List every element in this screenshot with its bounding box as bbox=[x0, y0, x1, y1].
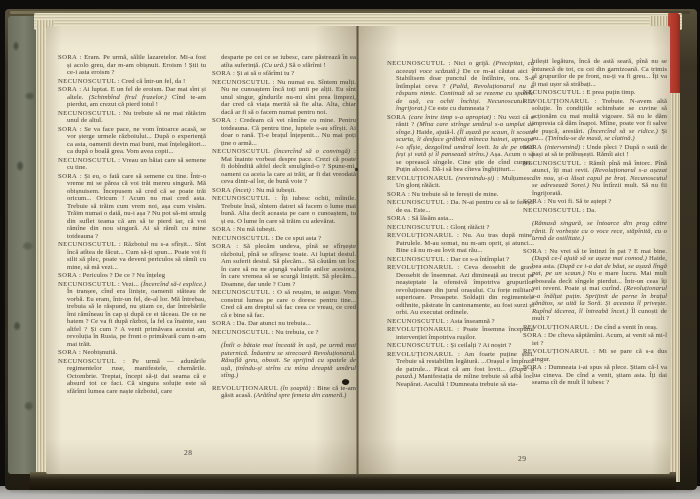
page-number-left: 28 bbox=[184, 448, 193, 457]
dialogue-text: : Și eu, o fată care să semene cu tine. … bbox=[67, 173, 206, 240]
dialogue-entry: SORA : Eram. Pe urmă, sălile lazaretelor… bbox=[58, 54, 206, 77]
dialogue-entry: NECUNOSCUTUL : Da. N-ai pentru ce să te … bbox=[387, 199, 534, 214]
speaker-name: SORA bbox=[212, 320, 231, 327]
dialogue-text: : Nu voi fi. Să te aștept ? bbox=[542, 198, 611, 205]
speaker-name: SORA bbox=[58, 126, 77, 133]
left-page-column-1: SORA : Eram. Pe urmă, sălile lazaretelor… bbox=[58, 54, 206, 456]
dialogue-entry: NECUNOSCUTUL : Asta înseamnă ? bbox=[387, 318, 534, 326]
speaker-name: SORA bbox=[387, 191, 406, 198]
speaker-name: NECUNOSCUTUL bbox=[212, 289, 270, 296]
dialogue-text: : Eram. Pe urmă, sălile lazaretelor. Mi-… bbox=[67, 54, 206, 76]
dialogue-entry: REVOLUȚIONARUL : Trebuie. N-avem altă so… bbox=[523, 98, 667, 143]
dialogue-entry: REVOLUȚIONARUL : De cînd a venit în oraș… bbox=[523, 324, 667, 332]
dialogue-entry: NECUNOSCUTUL : Și ceilalți ? Ai noștri ? bbox=[387, 342, 534, 350]
dialogue-text: : Ceva deosebit de grav. Deosebit de îns… bbox=[396, 264, 534, 316]
dialogue-text: : Credeam că vei rămîne cu mine. Pentru … bbox=[221, 117, 356, 147]
stage-note-text: (După ce-l ajută să se așeze mai comod.) bbox=[532, 255, 647, 262]
speaker-name: SORA bbox=[58, 349, 77, 356]
dialogue-entry: SORA : De cîteva săptămîni. Acum, ai ven… bbox=[523, 332, 667, 347]
speaker-name: NECUNOSCUTUL bbox=[387, 199, 445, 206]
speaker-name: SORA bbox=[58, 54, 77, 61]
right-page-column-1: NECUNOSCUTUL : Nici o grijă. (Precipitat… bbox=[387, 60, 534, 462]
stage-note-text: (revenindu-și) bbox=[453, 175, 494, 182]
speaker-name: SORA bbox=[212, 70, 231, 77]
dialogue-entry: REVOLUȚIONARUL : Mi se pare că s-a dus s… bbox=[523, 348, 667, 363]
speaker-name: NECUNOSCUTUL bbox=[387, 256, 445, 263]
speaker-name: NECUNOSCUTUL bbox=[58, 157, 116, 164]
dialogue-text: : Vezi... bbox=[116, 281, 141, 288]
dialogue-text: Haide, ajută-l. bbox=[414, 129, 457, 136]
dialogue-entry: NECUNOSCUTUL : Războiul nu s-a sfîrșit..… bbox=[58, 241, 206, 271]
dialogue-text: : De ce spui asta ? bbox=[270, 235, 321, 242]
dialogue-entry: REVOLUȚIONARUL (revenindu-și) : Mulțumes… bbox=[387, 175, 534, 190]
speaker-name: REVOLUȚIONARUL bbox=[387, 326, 453, 333]
dialogue-entry: SORA : Periculos ? De ce ? Nu înțeleg bbox=[58, 272, 206, 280]
dialogue-text: : E prea puțin timp. bbox=[581, 89, 636, 96]
speaker-name: REVOLUȚIONARUL bbox=[523, 98, 589, 105]
speaker-name: NECUNOSCUTUL bbox=[58, 358, 116, 365]
dialogue-text: bilești legătura, încă de astă seară, pî… bbox=[532, 58, 667, 88]
speaker-name: NECUNOSCUTUL bbox=[387, 342, 445, 349]
stage-note-text: (încet) bbox=[231, 187, 251, 194]
dialogue-entry: SORA : Dumneata i-ai spus să plece. Știa… bbox=[523, 364, 667, 387]
stage-direction: (Întîi o bătaie mai înceată în ușă, pe u… bbox=[212, 342, 356, 380]
dialogue-entry: NECUNOSCUTUL : Vezi... (Încercînd să-i e… bbox=[58, 281, 206, 349]
stage-note-text: (intervenind) bbox=[542, 144, 580, 151]
dialogue-text: : Glonț rătăcit ? bbox=[445, 224, 489, 231]
speaker-name: NECUNOSCUTUL bbox=[523, 89, 581, 96]
dialogue-text: : Nu trebuia, ce ? bbox=[270, 329, 318, 336]
dialogue-entry: NECUNOSCUTUL : Nu numai eu. Sîntem mulți… bbox=[212, 79, 356, 117]
page-number-right: 29 bbox=[518, 454, 527, 463]
speaker-name: REVOLUȚIONARUL bbox=[387, 351, 453, 358]
left-page-column-2: desparte pe cei ce se iubesc, care păstr… bbox=[212, 54, 356, 470]
dialogue-entry: SORA : Nu voi fi. Să te aștept ? bbox=[523, 198, 667, 206]
dialogue-entry: SORA : Neobișnuită. bbox=[58, 349, 206, 357]
dialogue-entry: REVOLUȚIONARUL : Am foarte puține știri.… bbox=[387, 351, 534, 389]
dialogue-entry: SORA : Și eu, o fată care să semene cu t… bbox=[58, 173, 206, 241]
dialogue-entry: REVOLUȚIONARUL (în șoaptă) : Bine că te-… bbox=[212, 385, 356, 400]
dialogue-text: : Dumneata i-ai spus să plece. Știam că-… bbox=[532, 364, 667, 386]
dialogue-entry: NECUNOSCUTUL : Îți iubesc ochii, mîinile… bbox=[212, 195, 356, 225]
dialogue-text: : Nu mă iubești. bbox=[231, 226, 276, 233]
speaker-name: NECUNOSCUTUL bbox=[212, 148, 270, 155]
stage-note-text: (Arătînd spre femeia din cameră.) bbox=[254, 392, 347, 399]
dialogue-text: : Nici o grijă. bbox=[445, 60, 493, 67]
speaker-name: SORA bbox=[212, 243, 231, 250]
dialogue-entry: NECUNOSCUTUL : E prea puțin timp. bbox=[523, 89, 667, 97]
speaker-name: NECUNOSCUTUL bbox=[58, 241, 116, 248]
speaker-name: NECUNOSCUTUL bbox=[212, 195, 270, 202]
dialogue-text: Ce este cu dumneata ? bbox=[427, 105, 490, 112]
speaker-name: REVOLUȚIONARUL bbox=[387, 264, 453, 271]
speaker-name: NECUNOSCUTUL bbox=[523, 207, 581, 214]
dialogue-entry: REVOLUȚIONARUL : Nu. Au tras după mine. … bbox=[387, 232, 534, 255]
dialogue-entry: SORA (încet) : Nu mă iubești. bbox=[212, 187, 356, 195]
dialogue-text: : Și ceilalți ? Ai noștri ? bbox=[445, 342, 511, 349]
dialogue-entry: NECUNOSCUTUL : De ce spui asta ? bbox=[212, 235, 356, 243]
speaker-name: SORA bbox=[387, 114, 406, 121]
right-page-column-2: bilești legătura, încă de astă seară, pî… bbox=[523, 58, 667, 460]
speaker-name: REVOLUȚIONARUL bbox=[523, 324, 589, 331]
dialogue-entry: NECUNOSCUTUL : Nici o grijă. (Precipitat… bbox=[387, 60, 534, 113]
speaker-name: SORA bbox=[523, 144, 542, 151]
speaker-name: REVOLUȚIONARUL bbox=[387, 232, 453, 239]
speaker-name: SORA bbox=[58, 272, 77, 279]
dialogue-entry: NECUNOSCUTUL : O să reușim, te asigur. V… bbox=[212, 289, 356, 319]
dialogue-entry: NECUNOSCUTUL : Dar ce s-a întîmplat ? bbox=[387, 256, 534, 264]
dialogue-text: : Neobișnuită. bbox=[77, 349, 117, 356]
dialogue-entry: SORA : Și ai să o sfărîmi tu ? bbox=[212, 70, 356, 78]
dialogue-entry: SORA : Se va face pace, ne vom întoarce … bbox=[58, 126, 206, 156]
dialogue-text: : Și ai să o sfărîmi tu ? bbox=[231, 70, 294, 77]
dialogue-text: Să o sfărîmi ! bbox=[287, 62, 326, 69]
stage-note-text: (care între timp s-a apropiat) bbox=[406, 114, 491, 121]
speaker-name: REVOLUȚIONARUL bbox=[523, 348, 589, 355]
speaker-name: NECUNOSCUTUL bbox=[212, 235, 270, 242]
speaker-name: NECUNOSCUTUL bbox=[387, 224, 445, 231]
dialogue-entry: SORA : Da. Dar atunci nu trebuia... bbox=[212, 320, 356, 328]
stage-note-text: (în șoaptă) bbox=[278, 385, 311, 392]
dialogue-entry: NECUNOSCUTUL : Vreau un băiat care să se… bbox=[58, 157, 206, 172]
speaker-name: NECUNOSCUTUL bbox=[212, 329, 270, 336]
dialogue-entry: SORA : Nu mă iubești. bbox=[212, 226, 356, 234]
dialogue-text: : Nu vrei să te întinzi în pat ? E mai b… bbox=[542, 248, 667, 255]
dialogue-text: În tranșee, cînd era liniște, oamenii st… bbox=[67, 288, 206, 348]
dialogue-text: : Da. Dar atunci nu trebuia... bbox=[231, 320, 311, 327]
dialogue-entry: NECUNOSCUTUL : Nu trebuie să ne mai rătă… bbox=[58, 110, 206, 125]
dialogue-text: : Să plecăm undeva, pînă se sfîrșește ră… bbox=[221, 243, 356, 288]
speaker-name: SORA bbox=[523, 364, 542, 371]
dialogue-entry: SORA : Nu trebuie să te ferești de mine. bbox=[387, 191, 534, 199]
dialogue-text: Manifestația de mîine trebuie să aibă lo… bbox=[396, 373, 534, 388]
dialogue-entry: NECUNOSCUTUL : Glonț rătăcit ? bbox=[387, 224, 534, 232]
dialogue-entry: NECUNOSCUTUL : Cred că într-un fel, da ! bbox=[58, 78, 206, 86]
dialogue-text: : Nu trebuie să te ferești de mine. bbox=[406, 191, 498, 198]
dialogue-entry: SORA : Ai luptat. E un fel de eroism. Da… bbox=[58, 86, 206, 109]
dialogue-entry: REVOLUȚIONARUL : Ceva deosebit de grav. … bbox=[387, 264, 534, 317]
dialogue-entry: SORA : Să plecăm undeva, pînă se sfîrșeș… bbox=[212, 243, 356, 288]
dialogue-entry: NECUNOSCUTUL : Pe urmă — adunările regim… bbox=[58, 358, 206, 396]
dialogue-text: : Asta înseamnă ? bbox=[445, 318, 495, 325]
stage-note-text: (Cu ură.) bbox=[262, 62, 287, 69]
dialogue-text: : Periculos ? De ce ? Nu înțeleg bbox=[77, 272, 165, 279]
speaker-name: SORA bbox=[523, 198, 542, 205]
speaker-name: REVOLUȚIONARUL bbox=[212, 385, 278, 392]
speaker-name: REVOLUȚIONARUL bbox=[387, 175, 453, 182]
dialogue-entry: SORA (intervenind) : Unde pleci ? După o… bbox=[523, 144, 667, 159]
speaker-name: NECUNOSCUTUL bbox=[58, 110, 116, 117]
dialogue-entry: SORA (care între timp s-a apropiat) : Nu… bbox=[387, 114, 534, 174]
speaker-name: SORA bbox=[58, 173, 77, 180]
speaker-name: NECUNOSCUTUL bbox=[58, 281, 116, 288]
speaker-name: NECUNOSCUTUL bbox=[58, 78, 116, 85]
stage-note-text: (Încercînd să-i explice.) bbox=[141, 281, 206, 288]
speaker-name: NECUNOSCUTUL bbox=[387, 60, 445, 67]
book-bottom-edge bbox=[30, 472, 676, 490]
dialogue-text: : De cînd a venit în oraș. bbox=[589, 324, 658, 331]
spine-gutter bbox=[356, 26, 359, 474]
speaker-name: SORA bbox=[212, 117, 231, 124]
dialogue-text: : Nu mă iubești. bbox=[251, 187, 296, 194]
stage-note-text: (Încercînd să se ridice.) bbox=[588, 128, 658, 135]
dialogue-text: : Se va face pace, ne vom întoarce acasă… bbox=[67, 126, 206, 156]
dialogue-entry: SORA : Nu vrei să te întinzi în pat ? E … bbox=[523, 248, 667, 323]
stage-note-text: (Întîi o bătaie mai înceată în ușă, pe u… bbox=[221, 342, 356, 379]
dialogue-text: : Da. bbox=[581, 207, 596, 214]
dialogue-entry: SORA : Să lăsăm asta... bbox=[387, 215, 534, 223]
speaker-name: NECUNOSCUTUL bbox=[523, 160, 581, 167]
dialogue-entry: NECUNOSCUTUL : Rămîi pînă mă întorc. Pîn… bbox=[523, 160, 667, 198]
dialogue-entry: REVOLUȚIONARUL : Poate însemna începutul… bbox=[387, 326, 534, 341]
speaker-name: NECUNOSCUTUL bbox=[387, 318, 445, 325]
stage-note-text: (încercînd să o convingă) bbox=[270, 148, 350, 155]
speaker-name: SORA bbox=[212, 187, 231, 194]
stage-note-text: (Rămasă singură, se întoarce din prag că… bbox=[532, 220, 667, 242]
speaker-name: SORA bbox=[212, 226, 231, 233]
dialogue-text: : Să lăsăm asta... bbox=[406, 215, 453, 222]
stage-note-text: (Schimbînd firul frazelor.) bbox=[89, 94, 167, 101]
dialogue-entry: SORA : Credeam că vei rămîne cu mine. Pe… bbox=[212, 117, 356, 147]
dialogue-entry: NECUNOSCUTUL : Da. bbox=[523, 207, 667, 215]
dialogue-entry: NECUNOSCUTUL : Nu trebuia, ce ? bbox=[212, 329, 356, 337]
stage-direction: (Rămasă singură, se întoarce din prag că… bbox=[523, 220, 667, 243]
speaker-name: NECUNOSCUTUL bbox=[212, 79, 270, 86]
dialogue-text: : De cîteva săptămîni. Acum, ai venit să… bbox=[532, 332, 667, 347]
speaker-name: SORA bbox=[523, 332, 542, 339]
dialogue-entry: bilești legătura, încă de astă seară, pî… bbox=[523, 58, 667, 88]
dialogue-text: : Cred că într-un fel, da ! bbox=[116, 78, 185, 85]
book-photo: SORA : Eram. Pe urmă, sălile lazaretelor… bbox=[0, 0, 700, 499]
speaker-name: SORA bbox=[58, 86, 77, 93]
dialogue-entry: desparte pe cei ce se iubesc, care păstr… bbox=[212, 54, 356, 69]
speaker-name: SORA bbox=[523, 248, 542, 255]
dialogue-text: : Dar ce s-a întîmplat ? bbox=[445, 256, 509, 263]
speaker-name: SORA bbox=[387, 215, 406, 222]
stage-note-text: (Ținîndu-se de masă, se clatină.) bbox=[545, 135, 634, 142]
dialogue-entry: NECUNOSCUTUL (încercînd să o convingă) :… bbox=[212, 148, 356, 186]
